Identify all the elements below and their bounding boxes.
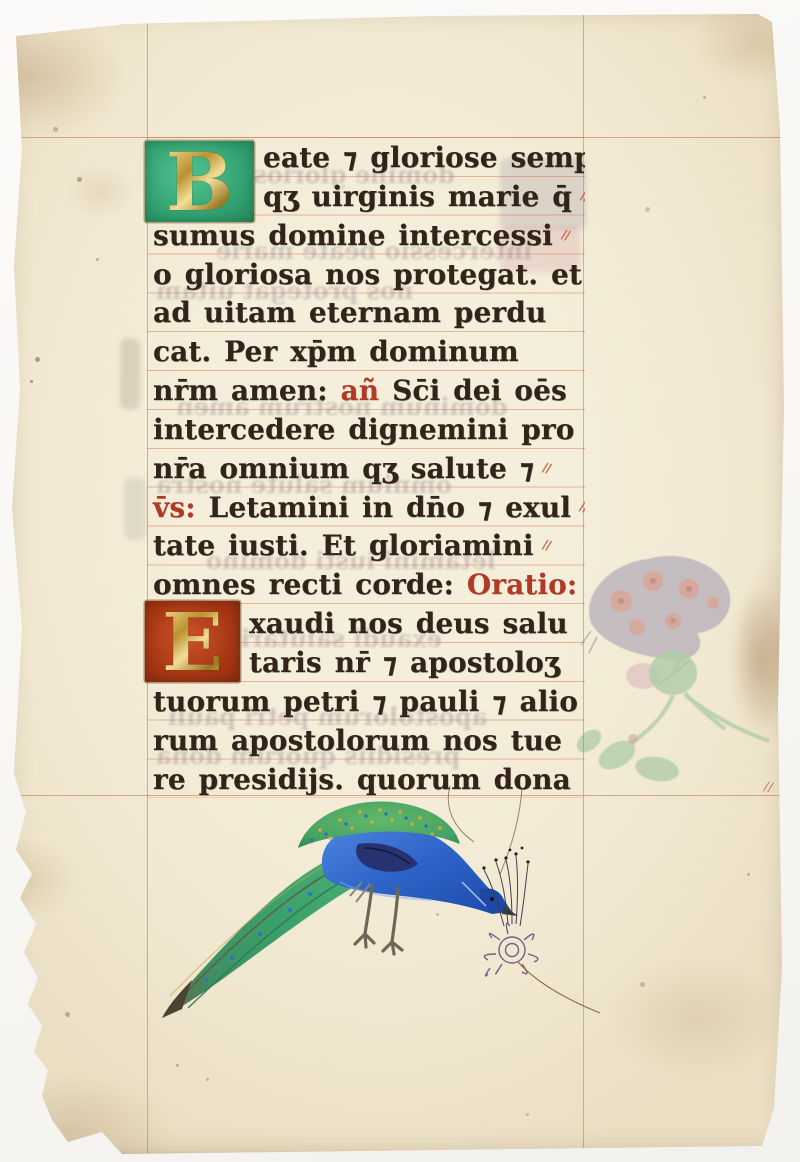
text-line: v̄s: Letamini in dn̄o ⁊ exul// (147, 487, 585, 526)
text-line: cat. Per xp̄m dominum (147, 331, 585, 370)
body-text: Letamini in dn̄o ⁊ exul (209, 491, 572, 524)
body-text: ad uitam eternam perdu (153, 296, 546, 329)
red-berry (628, 734, 638, 744)
thistle-flower-sketch (484, 923, 537, 976)
text-block: eate ⁊ gloriose semp//qʒ uirginis marie … (147, 137, 585, 798)
peacock-beak (502, 906, 518, 916)
body-text: cat. Per xp̄m dominum (153, 335, 519, 368)
body-text: qʒ uirginis marie q̄ (263, 180, 572, 213)
line-end-mark-margin: // (762, 779, 774, 796)
thistle-stem (518, 962, 600, 1013)
initial-E-letter: E (162, 602, 223, 682)
body-text: tuorum petri ⁊ pauli ⁊ alio (153, 685, 578, 718)
thistle-stamen-dots (482, 847, 529, 870)
rubric-text: v̄s: (153, 491, 209, 524)
body-text: intercedere dignemini pro (153, 413, 575, 446)
stain-left-margin-lower (124, 478, 146, 540)
peacock-illustration (140, 782, 610, 1032)
peacock-eye (490, 897, 494, 901)
body-text: taris nr̄ ⁊ apostoloʒ (249, 646, 560, 679)
body-text: eate ⁊ gloriose semp (263, 141, 585, 174)
initial-E: E (145, 601, 240, 682)
body-text: xaudi nos deus salu (249, 607, 568, 640)
foxing-specks (6, 8, 9, 11)
initial-B-letter: B (166, 142, 234, 222)
butterfly-flower-decoration (573, 543, 793, 793)
text-line: o gloriosa nos protegat. et (147, 254, 585, 293)
body-text: nr̄a omnium qʒ salute ⁊ (153, 452, 534, 485)
body-text: Sc̄i dei oēs (392, 374, 567, 407)
line-end-mark: // (556, 215, 573, 257)
text-line: ad uitam eternam perdu (147, 292, 585, 331)
line-end-mark: // (538, 448, 555, 490)
line-end-mark: // (575, 486, 585, 528)
body-text: rum apostolorum nos tue (153, 724, 562, 757)
line-end-mark: // (537, 525, 554, 567)
butterfly-wing (589, 556, 730, 660)
text-line: nr̄m amen: añ Sc̄i dei oēs (147, 370, 585, 409)
body-text: o gloriosa nos protegat. et (153, 258, 582, 291)
line-end-mark: // (576, 176, 585, 218)
foliage-leaves (573, 725, 681, 785)
rubric-text: Oratio: (467, 568, 578, 601)
text-line: rum apostolorum nos tue (147, 720, 585, 759)
text-line: tate iusti. Et gloriamini// (147, 525, 585, 564)
text-line: intercedere dignemini pro (147, 409, 585, 448)
photo-background: domine gloriose amenintercessio beate ma… (0, 0, 800, 1162)
rubric-text: añ (341, 374, 393, 407)
stain-left-margin-upper (120, 338, 140, 410)
initial-B: B (145, 141, 254, 222)
text-line: nr̄a omnium qʒ salute ⁊// (147, 448, 585, 487)
body-text: nr̄m amen: (153, 374, 341, 407)
body-text: tate iusti. Et gloriamini (153, 529, 534, 562)
manuscript-leaf: domine gloriose amenintercessio beate ma… (6, 8, 788, 1154)
